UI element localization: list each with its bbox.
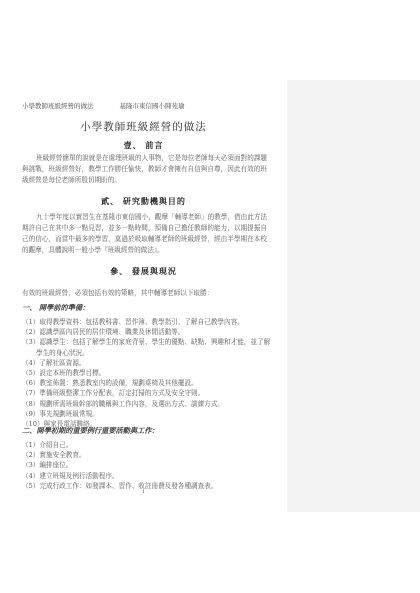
list-item: （2）實施安全教育。 xyxy=(22,450,272,460)
list-item: （4）建立班規及例行活動程序。 xyxy=(22,471,272,481)
section-paragraph-2: 九十學年度以實習生在基隆市東信國小，觀摩「輔導老師」的教學，借由此方法期許自己在… xyxy=(22,212,267,256)
section-heading-2: 貳、 研究動機與目的 xyxy=(0,196,287,207)
preparation-list: （1）取得教學資料：包括教科書、習作簿、教學指引、了解自己教學內容。 （2）認識… xyxy=(22,317,272,429)
section-paragraph-3: 有效的班級經營，必須包括有效的策略，其中輔導老師以下取勝： xyxy=(22,288,267,299)
list-item: （6）教室佈置：熟悉教室內的設備，規劃桌椅及其他擺設。 xyxy=(22,378,272,388)
list-item: （3）認識學生：包括了解學生的家庭背景、學生的優點、缺點、興趣和才能，並了解學生… xyxy=(22,337,272,357)
list-item: （9）事先規劃班級常規。 xyxy=(22,409,272,419)
list-item: （7）準備班級整潔工作分配表，訂定打掃的方式及安全守則。 xyxy=(22,388,272,398)
running-header: 小學教師班級經營的做法基隆市東信國小陳苑瑜 xyxy=(22,101,185,110)
list-item: （2）認識學區內居民的居住環境、職業及休閒活動等。 xyxy=(22,327,272,337)
list-item: （1）取得教學資料：包括教科書、習作簿、教學指引、了解自己教學內容。 xyxy=(22,317,272,327)
header-author: 基隆市東信國小陳苑瑜 xyxy=(120,102,185,110)
list-item: （8）規劃所需班級幹部的職稱與工作內容，及選出方式、訓練方式。 xyxy=(22,399,272,409)
subsection-heading-1: 一、 開學前的準備： xyxy=(22,303,89,313)
list-item: （3）編排座位。 xyxy=(22,460,272,470)
list-item: （4）了解社區資源。 xyxy=(22,358,272,368)
document-title: 小學教師班級經營的做法 xyxy=(0,119,287,134)
document-page: 小學教師班級經營的做法基隆市東信國小陳苑瑜 小學教師班級經營的做法 壹、 前言 … xyxy=(0,0,287,593)
comment-margin-pane xyxy=(287,80,420,512)
section-paragraph-1: 班級經營簡單的說就是在處理班級的人事物，它是每位老師每天必須面對的課題與挑戰，班… xyxy=(22,153,267,186)
header-doc-title: 小學教師班級經營的做法 xyxy=(22,102,94,110)
page-number: 1 xyxy=(0,489,287,495)
early-term-list: （1）介紹自己。 （2）實施安全教育。 （3）編排座位。 （4）建立班規及例行活… xyxy=(22,440,272,491)
list-item: （1）介紹自己。 xyxy=(22,440,272,450)
section-heading-1: 壹、 前言 xyxy=(0,140,287,151)
section-heading-3: 參、 發展與現況 xyxy=(0,266,287,277)
list-item: （5）設定本班的教學目標。 xyxy=(22,368,272,378)
subsection-heading-2: 二、開學初期的重要例行重要活動與工作： xyxy=(22,426,159,436)
